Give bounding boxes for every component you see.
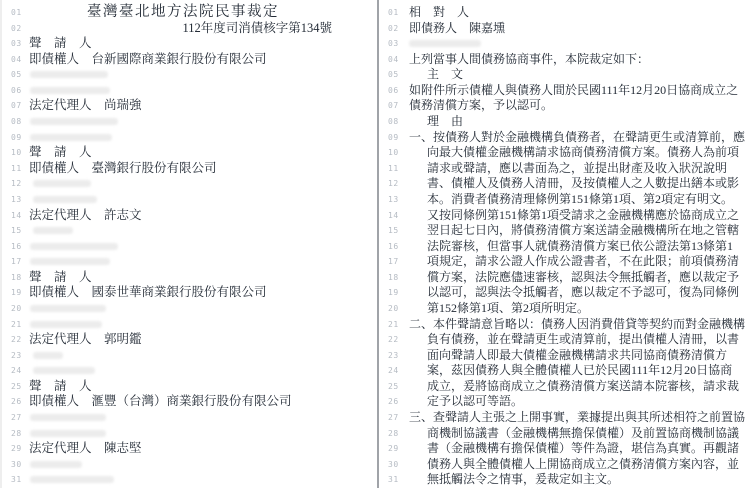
redacted-text [33, 196, 97, 203]
document-line: 22負有債務，並在聲請更生或清算前，提出債權人清冊，以書 [379, 332, 750, 348]
document-line: 13 [2, 192, 377, 208]
redacted-text [33, 367, 95, 374]
redacted-text [30, 243, 118, 250]
document-line: 28商機制協議書（金融機構無擔保債權）及前置協商機制協議 [379, 426, 750, 442]
line-number: 27 [388, 410, 399, 426]
line-number: 24 [11, 363, 22, 379]
document-line: 13本。消費者債務清理條例第151條第1項、第2項定有明文。 [379, 192, 750, 208]
line-text: 案，茲因債務人與全體債權人已於民國111年12月20日協商 [409, 363, 750, 379]
line-number: 16 [11, 239, 22, 255]
document-line: 08理 由 [379, 114, 750, 130]
document-line: 11即債權人 臺灣銀行股份有限公司 [2, 161, 377, 177]
court-ruling-document: 01臺灣臺北地方法院民事裁定02112年度司消債核字第134號03聲 請 人04… [0, 0, 750, 488]
redacted-text [30, 134, 112, 141]
line-number: 21 [11, 317, 22, 333]
redacted-text [30, 414, 106, 421]
line-number: 12 [11, 176, 22, 192]
redacted-text [30, 305, 106, 312]
document-line: 26即債權人 滙豐（台灣）商業銀行股份有限公司 [2, 394, 377, 410]
document-line: 07債務清償方案，予以認可。 [379, 98, 750, 114]
document-line: 09 [2, 130, 377, 146]
line-number: 22 [11, 332, 22, 348]
line-number: 09 [388, 130, 399, 146]
line-number: 19 [11, 285, 22, 301]
line-number: 23 [11, 348, 22, 364]
document-line: 07法定代理人 尚瑞強 [2, 98, 377, 114]
document-line: 24 [2, 363, 377, 379]
line-number: 19 [388, 285, 399, 301]
document-line: 31 [2, 472, 377, 488]
document-line: 01相 對 人 [379, 5, 750, 21]
line-text: 聲 請 人 [29, 36, 377, 52]
line-number: 27 [11, 410, 22, 426]
line-text: 主 文 [409, 67, 750, 83]
document-line: 23 [2, 348, 377, 364]
line-text: 向最大債權金融機構請求協商債務清償方案。債務人為前項 [409, 145, 750, 161]
redacted-text [33, 227, 73, 234]
line-number: 18 [11, 270, 22, 286]
document-line: 16法院審核，但當事人就債務清償方案已依公證法第13條第1 [379, 239, 750, 255]
line-text: 負有債務，並在聲請更生或清算前，提出債權人清冊，以書 [409, 332, 750, 348]
line-number: 31 [11, 472, 22, 488]
line-text: 商機制協議書（金融機構無擔保債權）及前置協商機制協議 [409, 426, 750, 442]
line-number: 04 [11, 52, 22, 68]
line-number: 11 [388, 161, 399, 177]
document-line: 10聲 請 人 [2, 145, 377, 161]
line-number: 11 [11, 161, 22, 177]
line-text: 書、債權人及債務人清冊，及按債權人之人數提出繕本或影 [409, 176, 750, 192]
redacted-text [33, 352, 63, 359]
redacted-text [30, 461, 82, 468]
line-text: 相 對 人 [409, 5, 750, 21]
line-text: 聲 請 人 [29, 145, 377, 161]
redacted-text [30, 118, 118, 125]
document-line: 22法定代理人 郭明鑑 [2, 332, 377, 348]
document-line: 16 [2, 239, 377, 255]
line-number: 12 [388, 176, 399, 192]
document-line: 17項規定，請求公證人作成公證書者，不在此限；前項債務清 [379, 254, 750, 270]
line-text: 以認可，認與法令抵觸者，應以裁定不予認可，復為同條例 [409, 285, 750, 301]
line-text: 書（金融機構有擔保債權）等件為證，堪信為真實。再觀諸 [409, 441, 750, 457]
line-text: 無抵觸法令之情事，爰裁定如主文。 [409, 472, 750, 488]
line-text: 即債權人 國泰世華商業銀行股份有限公司 [29, 285, 377, 301]
line-number: 03 [388, 36, 399, 52]
document-line: 15翌日起七日內，將債務清償方案送請金融機構所在地之管轄 [379, 223, 750, 239]
line-number: 10 [388, 145, 399, 161]
document-line: 12 [2, 176, 377, 192]
document-line: 29書（金融機構有擔保債權）等件為證，堪信為真實。再觀諸 [379, 441, 750, 457]
line-number: 08 [11, 114, 22, 130]
line-number: 29 [11, 441, 22, 457]
document-line: 23面向聲請人即最大債權金融機構請求共同協商債務清償方 [379, 348, 750, 364]
document-line: 04即債權人 台新國際商業銀行股份有限公司 [2, 52, 377, 68]
line-number: 01 [388, 5, 399, 21]
line-number: 25 [11, 379, 22, 395]
line-number: 06 [388, 83, 399, 99]
line-number: 01 [11, 5, 22, 21]
line-text: 翌日起七日內，將債務清償方案送請金融機構所在地之管轄 [409, 223, 750, 239]
line-number: 21 [388, 317, 399, 333]
line-text: 定予以認可等語。 [409, 394, 750, 410]
line-number: 30 [388, 457, 399, 473]
redacted-text [409, 40, 481, 47]
line-number: 17 [11, 254, 22, 270]
line-text: 本。消費者債務清理條例第151條第1項、第2項定有明文。 [409, 192, 750, 208]
document-line: 18聲 請 人 [2, 270, 377, 286]
document-line: 02112年度司消債核字第134號 [2, 21, 377, 37]
document-line: 02即債務人 陳嘉壎 [379, 21, 750, 37]
document-line: 05主 文 [379, 67, 750, 83]
document-line: 03聲 請 人 [2, 36, 377, 52]
line-text: 請求或聲請，應以書面為之，並提出財產及收入狀況說明 [409, 161, 750, 177]
document-line: 30 [2, 457, 377, 473]
line-number: 15 [388, 223, 399, 239]
document-line: 04上列當事人間債務協商事件，本院裁定如下： [379, 52, 750, 68]
line-text: 二、本件聲請意旨略以：債務人因消費借貸等契約而對金融機構 [409, 317, 750, 333]
line-text: 上列當事人間債務協商事件，本院裁定如下： [409, 52, 750, 68]
line-text: 面向聲請人即最大債權金融機構請求共同協商債務清償方 [409, 348, 750, 364]
line-number: 07 [388, 98, 399, 114]
document-line: 14法定代理人 許志文 [2, 208, 377, 224]
document-line: 27 [2, 410, 377, 426]
document-line: 17 [2, 254, 377, 270]
document-line: 28 [2, 426, 377, 442]
line-text: 項規定，請求公證人作成公證書者，不在此限；前項債務清 [409, 254, 750, 270]
document-line: 27三、查聲請人主張之上開事實，業據提出與其所述相符之前置協 [379, 410, 750, 426]
document-line: 24案，茲因債務人與全體債權人已於民國111年12月20日協商 [379, 363, 750, 379]
line-number: 31 [388, 472, 399, 488]
line-number: 17 [388, 254, 399, 270]
document-line: 15 [2, 223, 377, 239]
line-number: 30 [11, 457, 22, 473]
line-text: 聲 請 人 [29, 379, 377, 395]
line-number: 29 [388, 441, 399, 457]
document-line: 09一、按債務人對於金融機構負債務者，在聲請更生或清算前，應 [379, 130, 750, 146]
line-text: 如附件所示債權人與債務人間於民國111年12月20日協商成立之 [409, 83, 750, 99]
line-text: 法定代理人 尚瑞強 [29, 98, 377, 114]
redacted-text [30, 476, 114, 483]
line-text: 聲 請 人 [29, 270, 377, 286]
line-number: 14 [11, 208, 22, 224]
document-line: 14又按同條例第151條第1項受請求之金融機構應於協商成立之 [379, 208, 750, 224]
line-number: 15 [11, 223, 22, 239]
line-text: 理 由 [409, 114, 750, 130]
line-number: 18 [388, 270, 399, 286]
line-number: 08 [388, 114, 399, 130]
line-number: 16 [388, 239, 399, 255]
line-number: 10 [11, 145, 22, 161]
line-text: 即債務人 陳嘉壎 [409, 21, 750, 37]
page-left: 01臺灣臺北地方法院民事裁定02112年度司消債核字第134號03聲 請 人04… [2, 0, 377, 488]
line-number: 23 [388, 348, 399, 364]
line-number: 25 [388, 379, 399, 395]
document-line: 06如附件所示債權人與債務人間於民國111年12月20日協商成立之 [379, 83, 750, 99]
document-line: 31無抵觸法令之情事，爰裁定如主文。 [379, 472, 750, 488]
redacted-text [30, 258, 110, 265]
redacted-text [33, 180, 91, 187]
case-number: 112年度司消債核字第134號 [29, 21, 377, 37]
document-line: 26定予以認可等語。 [379, 394, 750, 410]
document-line: 08 [2, 114, 377, 130]
redacted-text [30, 321, 102, 328]
document-line: 19以認可，認與法令抵觸者，應以裁定不予認可，復為同條例 [379, 285, 750, 301]
document-line: 20 [2, 301, 377, 317]
line-number: 14 [388, 208, 399, 224]
document-line: 11請求或聲請，應以書面為之，並提出財產及收入狀況說明 [379, 161, 750, 177]
line-text: 第152條第1項、第2項所明定。 [409, 301, 750, 317]
line-number: 09 [11, 130, 22, 146]
line-number: 26 [388, 394, 399, 410]
line-number: 05 [388, 67, 399, 83]
document-line: 03 [379, 36, 750, 52]
document-line: 29法定代理人 陳志堅 [2, 441, 377, 457]
line-number: 02 [11, 21, 22, 37]
document-line: 21二、本件聲請意旨略以：債務人因消費借貸等契約而對金融機構 [379, 317, 750, 333]
redacted-text [30, 87, 110, 94]
document-line: 30債務人與全體債權人上開協商成立之債務清償方案內容，並 [379, 457, 750, 473]
line-text: 法院審核，但當事人就債務清償方案已依公證法第13條第1 [409, 239, 750, 255]
line-number: 13 [11, 192, 22, 208]
page-right: 01相 對 人02即債務人 陳嘉壎0304上列當事人間債務協商事件，本院裁定如下… [377, 0, 750, 488]
line-text: 即債權人 滙豐（台灣）商業銀行股份有限公司 [29, 394, 377, 410]
line-text: 法定代理人 陳志堅 [29, 441, 377, 457]
document-line: 21 [2, 317, 377, 333]
line-text: 債務清償方案，予以認可。 [409, 98, 750, 114]
line-number: 24 [388, 363, 399, 379]
line-text: 即債權人 臺灣銀行股份有限公司 [29, 161, 377, 177]
line-number: 28 [388, 426, 399, 442]
line-number: 07 [11, 98, 22, 114]
document-line: 06 [2, 83, 377, 99]
document-line: 20第152條第1項、第2項所明定。 [379, 301, 750, 317]
line-text: 償方案，法院應儘速審核，認與法令無抵觸者，應以裁定予 [409, 270, 750, 286]
document-line: 18償方案，法院應儘速審核，認與法令無抵觸者，應以裁定予 [379, 270, 750, 286]
document-line: 25成立，爰將協商成立之債務清償方案送請本院審核，請求裁 [379, 379, 750, 395]
line-text: 三、查聲請人主張之上開事實，業據提出與其所述相符之前置協 [409, 410, 750, 426]
line-text: 成立，爰將協商成立之債務清償方案送請本院審核，請求裁 [409, 379, 750, 395]
line-number: 05 [11, 67, 22, 83]
line-number: 03 [11, 36, 22, 52]
line-number: 28 [11, 426, 22, 442]
line-text: 債務人與全體債權人上開協商成立之債務清償方案內容，並 [409, 457, 750, 473]
line-text: 又按同條例第151條第1項受請求之金融機構應於協商成立之 [409, 208, 750, 224]
line-number: 22 [388, 332, 399, 348]
document-line: 19即債權人 國泰世華商業銀行股份有限公司 [2, 285, 377, 301]
line-text: 法定代理人 郭明鑑 [29, 332, 377, 348]
document-line: 10向最大債權金融機構請求協商債務清償方案。債務人為前項 [379, 145, 750, 161]
line-number: 20 [11, 301, 22, 317]
line-text: 法定代理人 許志文 [29, 208, 377, 224]
line-number: 04 [388, 52, 399, 68]
document-line: 25聲 請 人 [2, 379, 377, 395]
document-line: 01臺灣臺北地方法院民事裁定 [2, 5, 377, 21]
redacted-text [30, 71, 108, 78]
line-number: 26 [11, 394, 22, 410]
document-title: 臺灣臺北地方法院民事裁定 [29, 5, 377, 21]
line-number: 02 [388, 21, 399, 37]
document-line: 05 [2, 67, 377, 83]
document-line: 12書、債權人及債務人清冊，及按債權人之人數提出繕本或影 [379, 176, 750, 192]
line-number: 20 [388, 301, 399, 317]
line-text: 一、按債務人對於金融機構負債務者，在聲請更生或清算前，應 [409, 130, 750, 146]
line-number: 06 [11, 83, 22, 99]
line-number: 13 [388, 192, 399, 208]
redacted-text [30, 430, 106, 437]
line-text: 即債權人 台新國際商業銀行股份有限公司 [29, 52, 377, 68]
